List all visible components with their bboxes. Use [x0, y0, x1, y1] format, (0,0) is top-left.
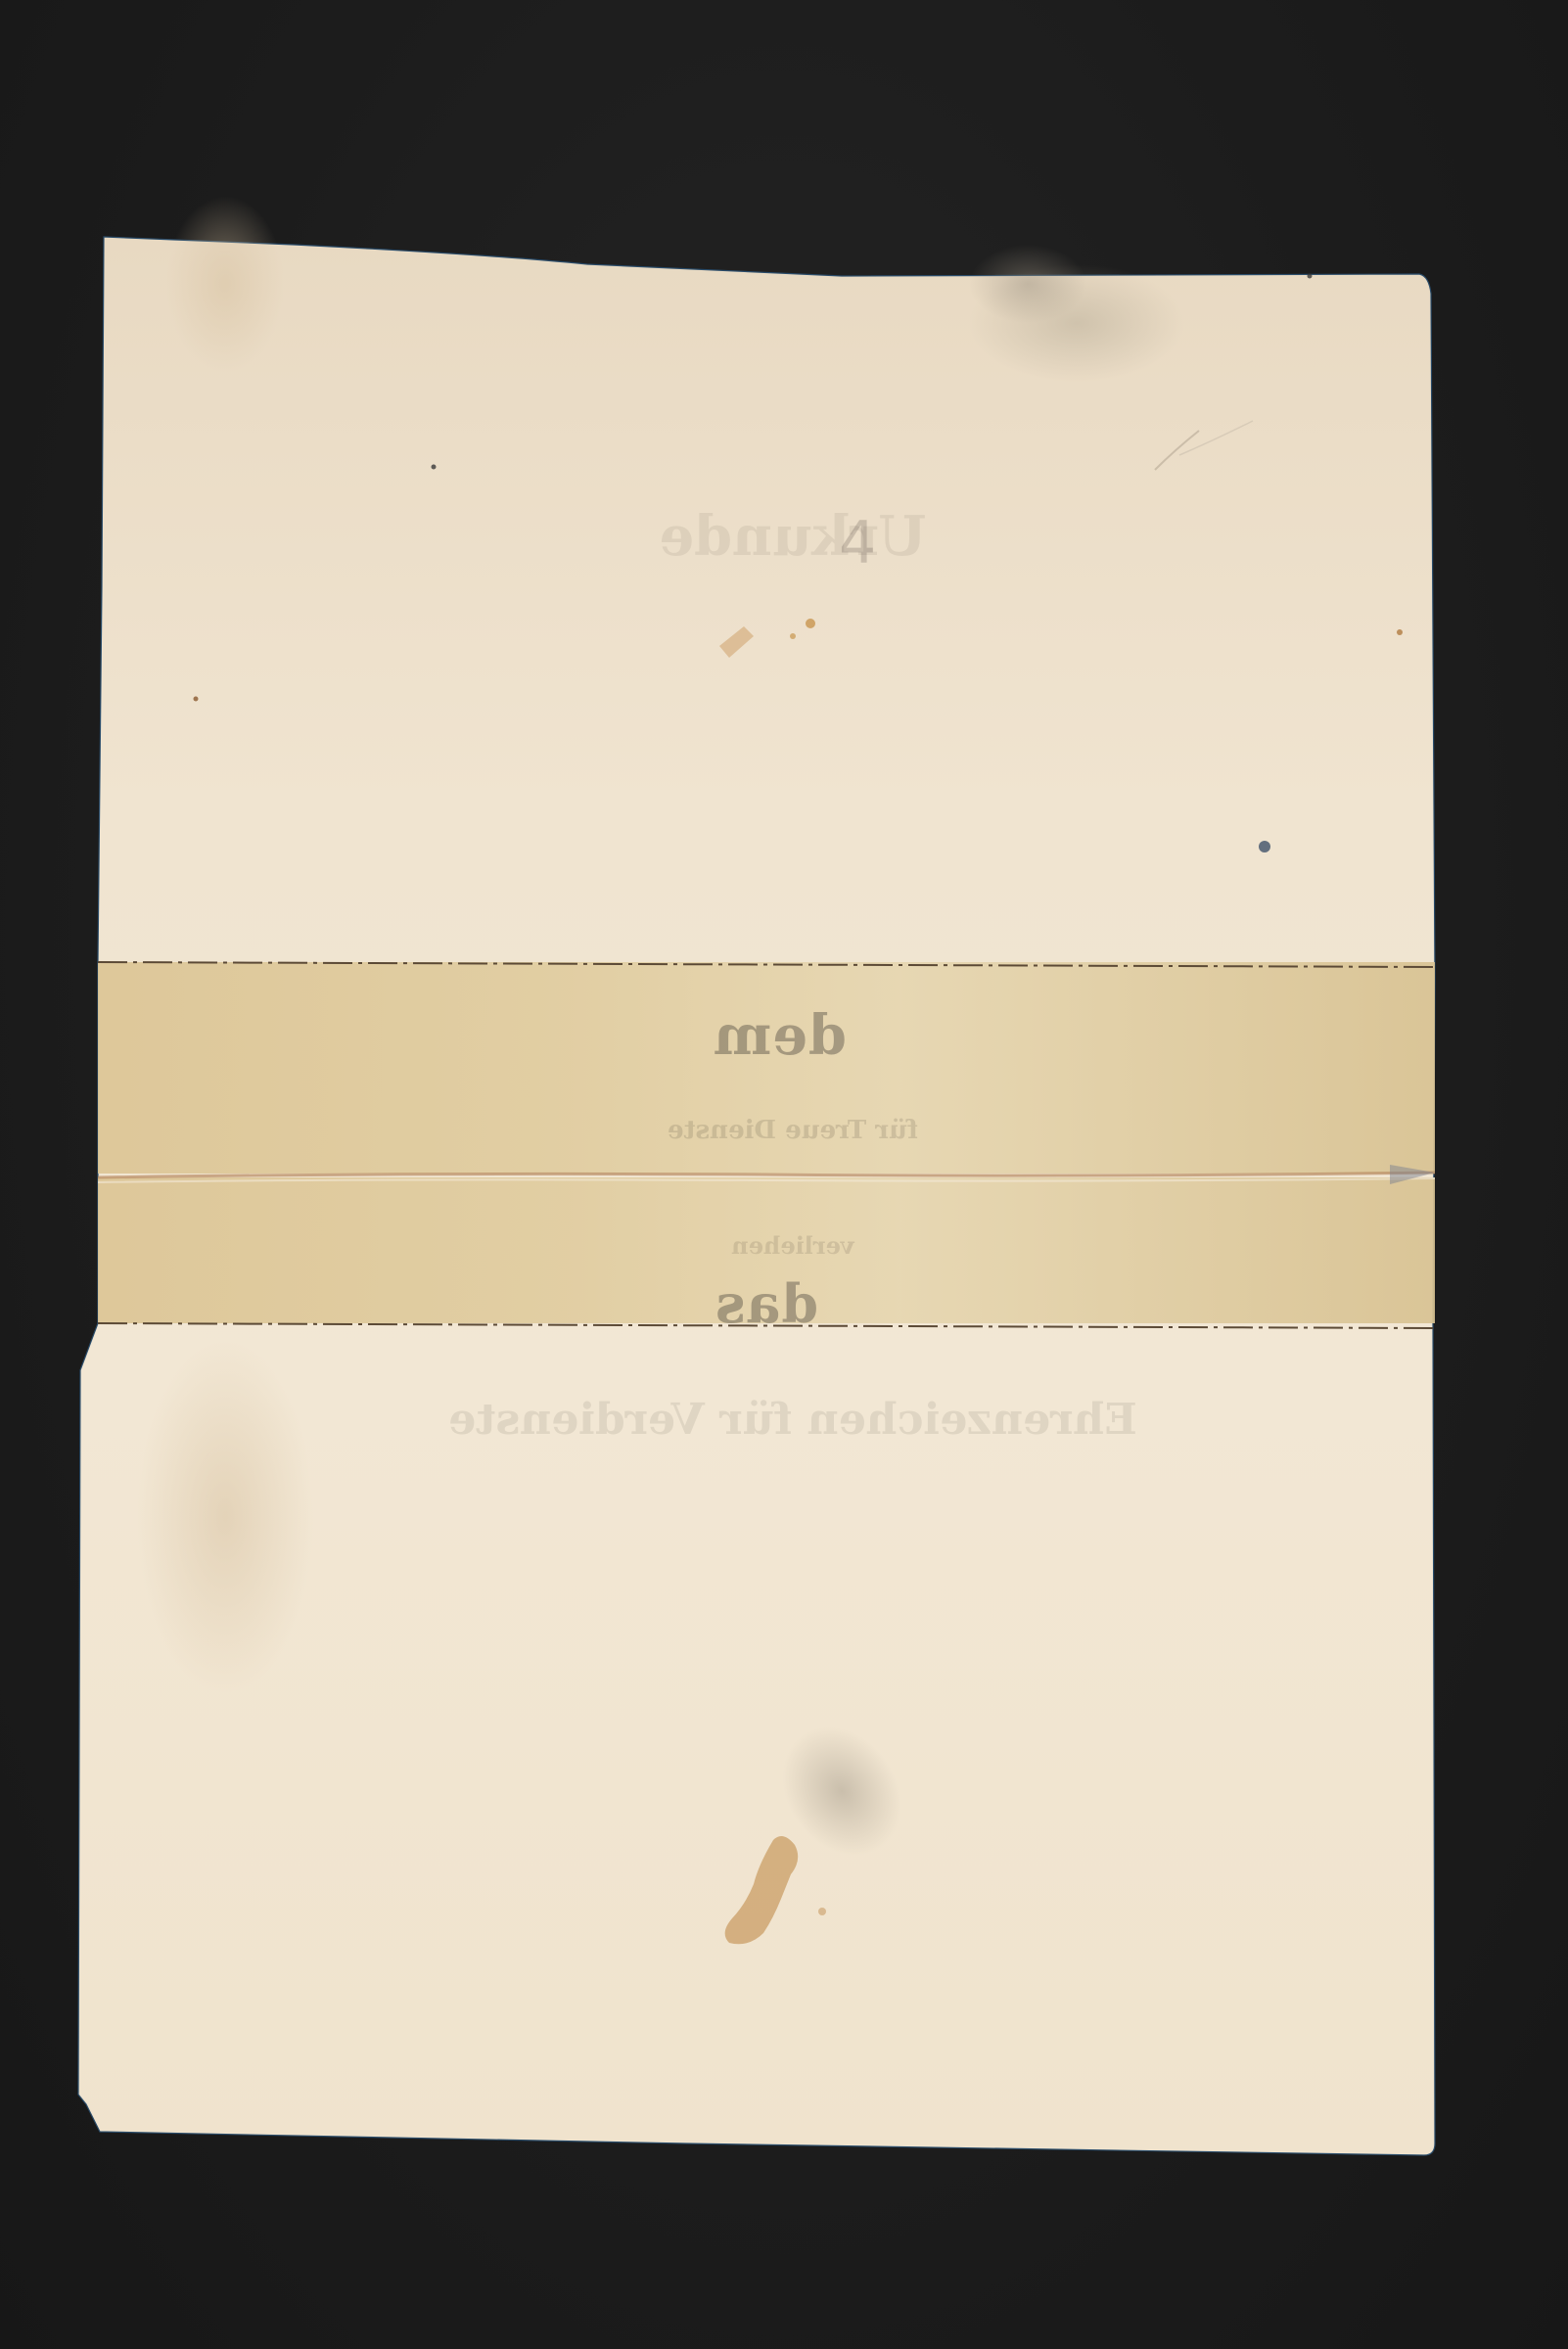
bleed-through-title: Urkunde	[499, 504, 1086, 569]
bleed-through-small-line: für Treue Dienste	[548, 1116, 1038, 1145]
bleed-through-word-das: das	[715, 1272, 818, 1335]
bleed-through-word-dem: dem	[713, 1003, 847, 1068]
bleed-through-bottom-line: Ehrenzeichen für Verdienste	[254, 1395, 1331, 1445]
document-sheet: 4 Urkunde dem für Treue Dienste verliehe…	[0, 0, 1568, 2349]
bleed-through-small-line-2: verliehen	[548, 1231, 1038, 1260]
paper-shape	[0, 0, 1568, 2349]
